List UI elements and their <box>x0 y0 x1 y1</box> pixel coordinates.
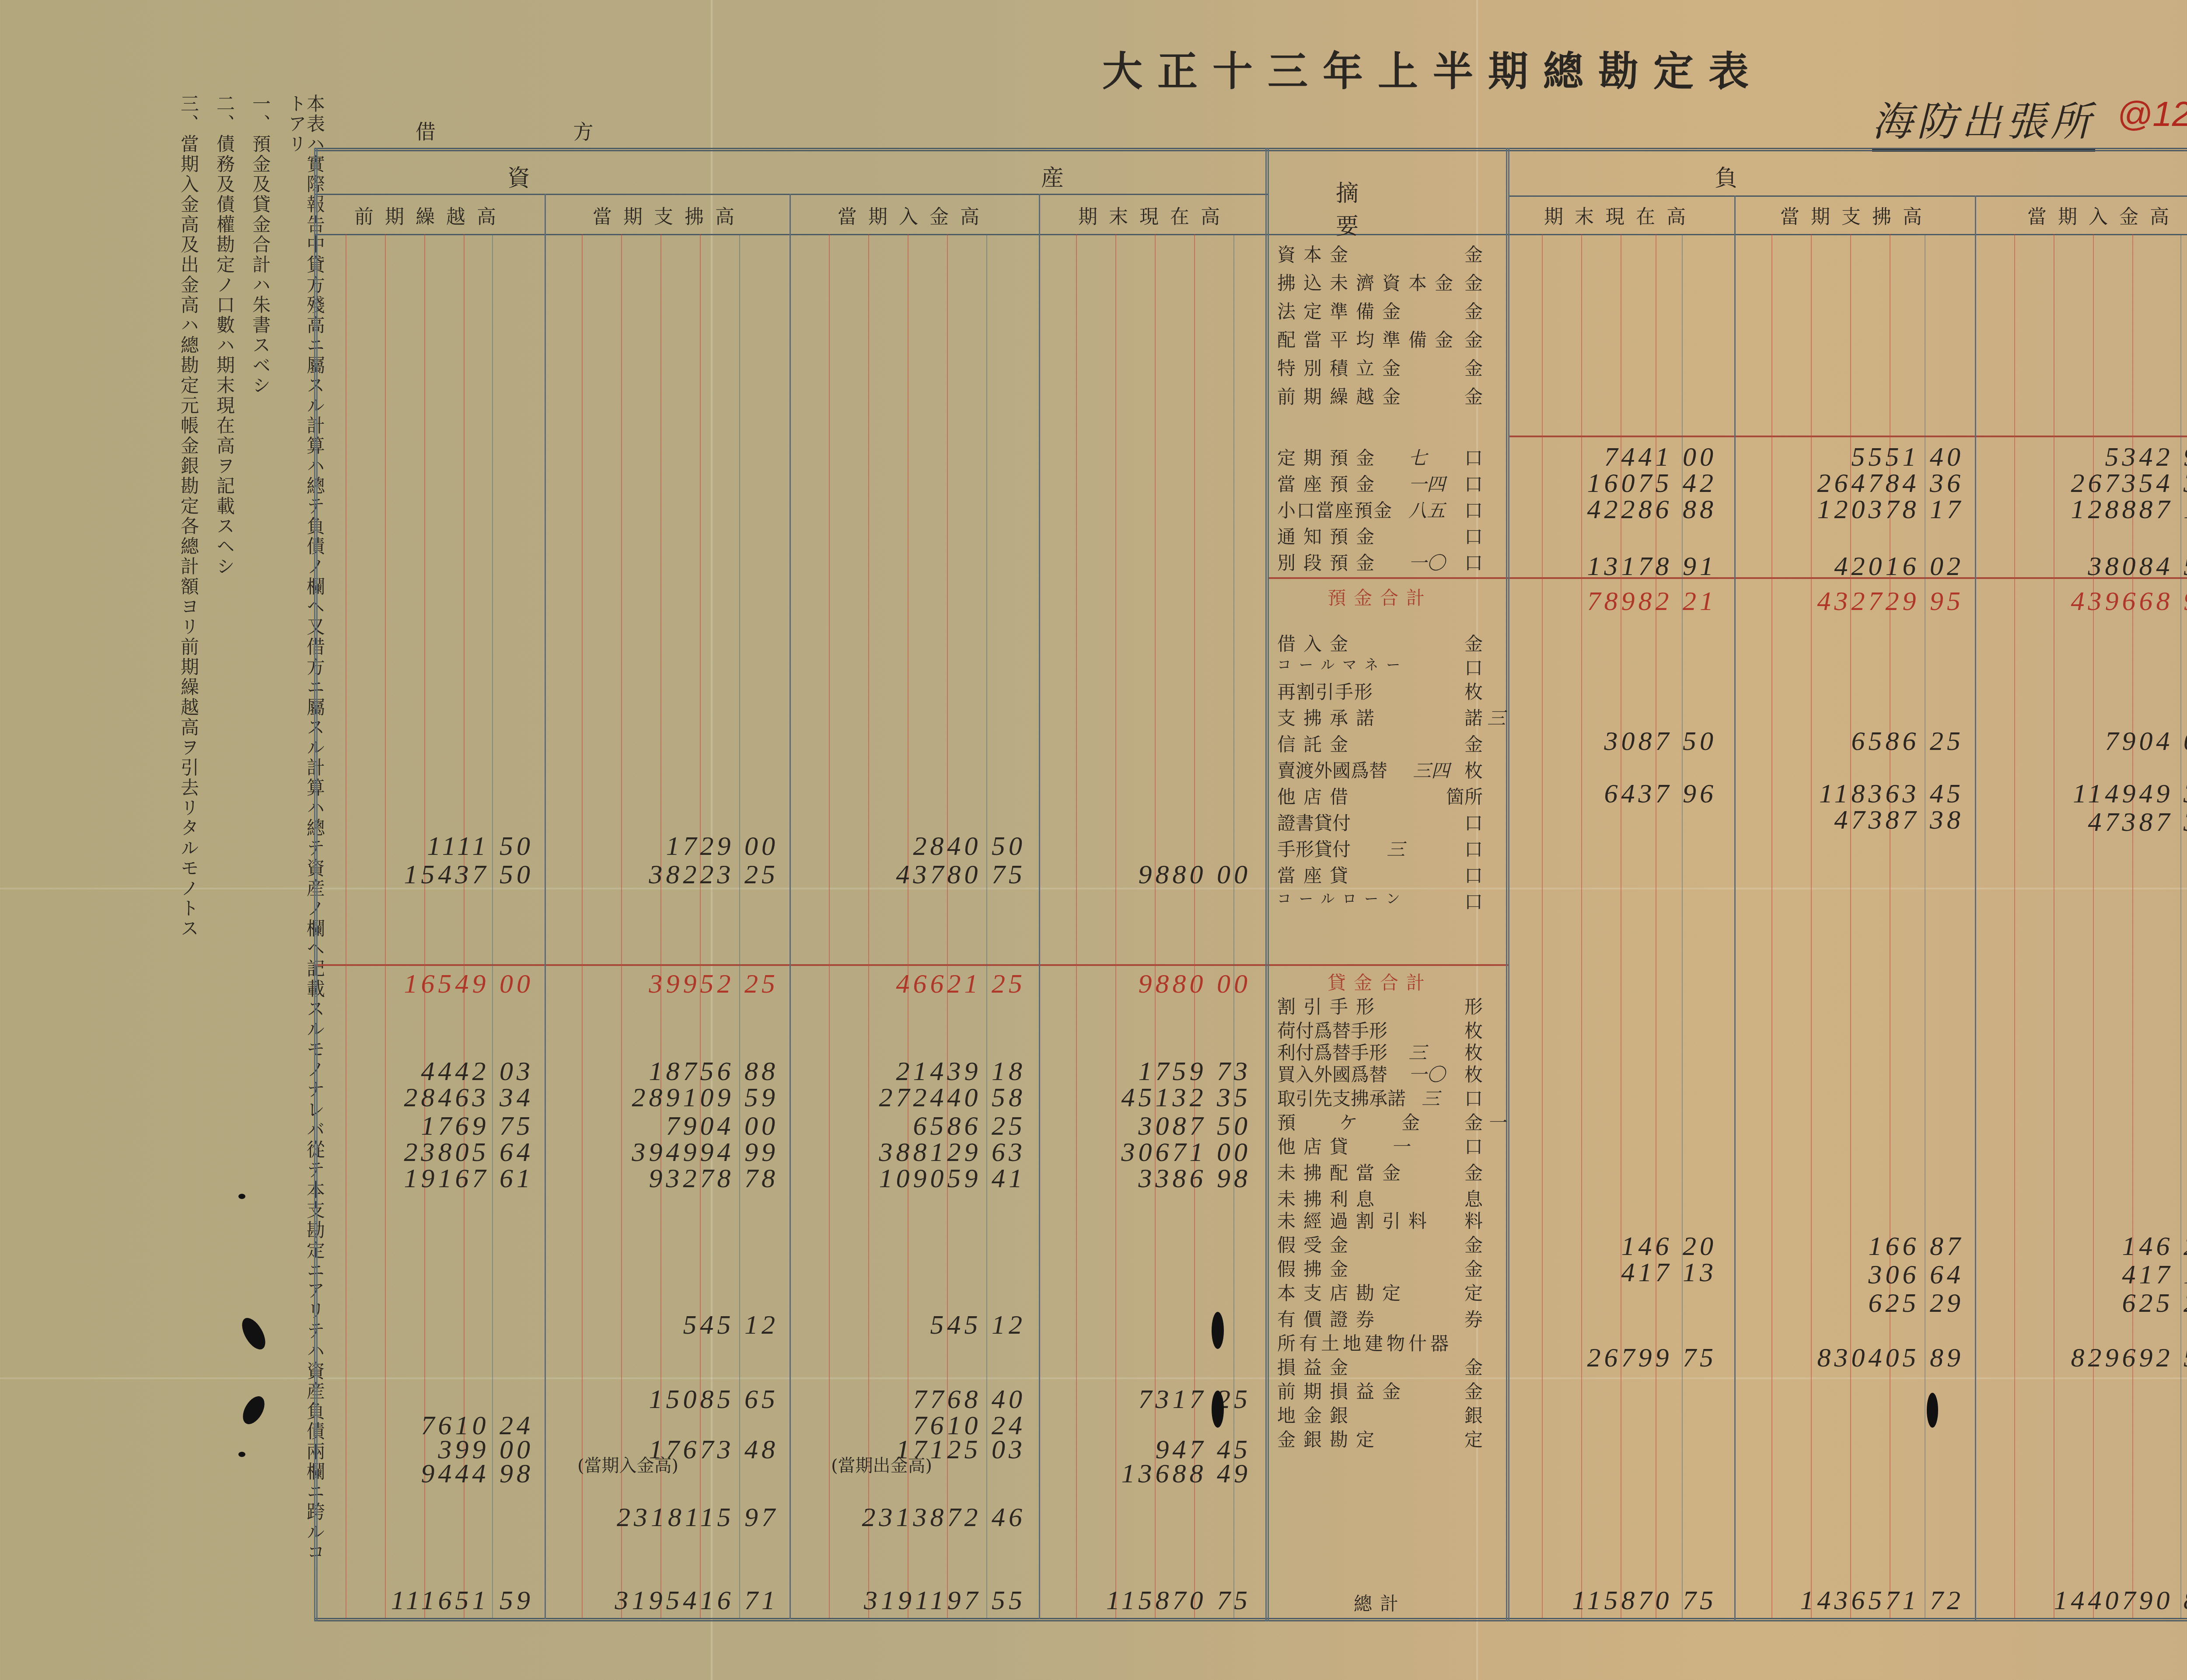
summary-item: 前期損益金金 <box>1277 1377 1483 1404</box>
current-disbursements-label: (當期出金高) <box>831 1452 932 1477</box>
liability-cell: 625 29 <box>1798 1288 1964 1319</box>
liability-cell: 42016 02 <box>1798 551 1964 582</box>
liability-cell: 6586 25 <box>1798 726 1964 757</box>
summary-item: 配當平均準備金金 <box>1277 326 1483 352</box>
liability-cell: 625 29 <box>2051 1288 2187 1319</box>
summary-item: 損益金金 <box>1277 1353 1483 1380</box>
summary-item: 有價證券券 <box>1277 1305 1483 1331</box>
liability-cell: 166 87 <box>1798 1231 1964 1262</box>
summary-item: 賣渡外國爲替三四枚 <box>1277 756 1483 783</box>
asset-cell: 43780 75 <box>859 859 1026 890</box>
branch-name: 海防出張所 <box>1872 90 2095 152</box>
asset-cell: 15437 50 <box>367 859 534 890</box>
liability-grand-total: 1436571 72 <box>1798 1585 1964 1616</box>
liability-deposit-total: 78982 21 <box>1551 586 1717 617</box>
liability-cell: 42286 88 <box>1551 494 1717 525</box>
liability-cell: 830405 89 <box>1798 1342 1964 1373</box>
asset-cell: 272440 58 <box>859 1082 1026 1113</box>
summary-item: 所有土地建物什器 <box>1277 1329 1483 1356</box>
liability-cell: 7904 00 <box>2051 726 2187 757</box>
asset-cell: 9880 00 <box>1085 859 1251 890</box>
summary-item: コールマネー口 <box>1277 654 1483 680</box>
note-1: 一、預金及貸金合計ハ朱書スベシ <box>251 94 269 1581</box>
liability-cell: 47387 38 <box>1798 805 1964 836</box>
summary-item: 取引先支拂承諾三口 <box>1277 1084 1483 1111</box>
ink-blot <box>1212 1391 1224 1428</box>
asset-col-header: 當期入金高 <box>796 201 1032 229</box>
summary-item: 通知預金口 <box>1277 523 1483 549</box>
liability-cell: 47387 38 <box>2051 807 2187 838</box>
summary-item: 支拂承諾三諾 <box>1277 704 1483 730</box>
liability-cell: 6437 96 <box>1551 778 1717 809</box>
asset-grand-total: 111651 59 <box>367 1585 534 1616</box>
note-intro: 本表ハ實際報告中貸方殘高ニ屬スル計算ハ總テ負債ノ欄ヘ又借方ニ屬スル計算ハ總テ資産… <box>287 94 324 1581</box>
summary-item: 資本金金 <box>1277 240 1483 267</box>
summary-item: 證書貸付口 <box>1277 809 1483 835</box>
asset-grand-total: 3195416 71 <box>612 1585 779 1616</box>
asset-cell: 1111 50 <box>367 831 534 862</box>
asset-col-header: 期末現在高 <box>1045 201 1264 229</box>
ink-blot <box>1927 1393 1938 1428</box>
liability-cell: 13178 91 <box>1551 551 1717 582</box>
asset-loan-total: 16549 00 <box>367 969 534 1000</box>
summary-item: 未經過割引料料 <box>1277 1207 1483 1233</box>
liability-deposit-total: 432729 95 <box>1798 586 1964 617</box>
summary-item: コールローン口 <box>1277 888 1483 914</box>
summary-item: 他店借箇所 <box>1277 783 1483 809</box>
summary-item: 小口當座預金八五口 <box>1277 496 1483 523</box>
asset-cell: 545 12 <box>612 1310 779 1341</box>
asset-cell: 289109 59 <box>612 1082 779 1113</box>
summary-item: 手形貸付三口 <box>1277 835 1483 861</box>
liability-cell: 417 13 <box>1551 1257 1717 1288</box>
document-title: 大正十三年上半期總勘定表 <box>1102 39 1764 97</box>
exchange-rate: @123 1/2 <box>2117 94 2187 134</box>
summary-item: 當座貸口 <box>1277 861 1483 888</box>
current-receipts-label: (當期入金高) <box>577 1452 678 1477</box>
asset-cell: 38223 25 <box>612 859 779 890</box>
asset-cell: 28463 34 <box>367 1082 534 1113</box>
asset-cell: 2313872 46 <box>859 1502 1026 1533</box>
summary-item: 割引手形形 <box>1277 993 1483 1019</box>
asset-col-header: 當期支拂高 <box>551 201 787 229</box>
note-3: 三、當期入金高及出金高ハ總勘定元帳金銀勘定各總計額ヨリ前期繰越高ヲ引去リタルモノ… <box>179 94 198 1581</box>
asset-loan-total: 46621 25 <box>859 969 1026 1000</box>
ink-blot <box>1212 1312 1224 1349</box>
summary-item: 假拂金金 <box>1277 1255 1483 1281</box>
loan-total-label: 貸金合計 <box>1277 969 1483 995</box>
asset-loan-total: 39952 25 <box>612 969 779 1000</box>
grand-total-label: 總計 <box>1277 1589 1483 1616</box>
liability-col-header: 期末現在高 <box>1511 201 1730 229</box>
asset-cell: 545 12 <box>859 1310 1026 1341</box>
summary-item: 拂込未濟資本金金 <box>1277 269 1483 295</box>
asset-cell: 93278 78 <box>612 1163 779 1194</box>
asset-cell: 13688 49 <box>1085 1458 1251 1489</box>
liabilities-header-left: 負 <box>1715 160 1737 192</box>
debit-label: 借 方 <box>416 116 659 145</box>
asset-cell: 2318115 97 <box>612 1502 779 1533</box>
ink-dot <box>238 1194 245 1199</box>
asset-col-header: 前期繰越高 <box>321 201 540 229</box>
paper-fold <box>0 1377 2187 1379</box>
summary-item: 借入金金 <box>1277 630 1483 656</box>
summary-item: 地金銀銀 <box>1277 1401 1483 1428</box>
summary-item: 他店貸一口 <box>1277 1133 1483 1159</box>
liability-cell: 120378 17 <box>1798 494 1964 525</box>
liability-cell: 128887 15 <box>2051 494 2187 525</box>
liability-col-header: 當期支拂高 <box>1741 201 1973 229</box>
note-2: 二、債務及債權勘定ノ口數ハ期末現在高ヲ記載スヘシ <box>215 94 234 1581</box>
asset-cell: 3386 98 <box>1085 1163 1251 1194</box>
liability-cell: 26799 75 <box>1551 1342 1717 1373</box>
asset-grand-total: 115870 75 <box>1085 1585 1251 1616</box>
asset-cell: 15085 65 <box>612 1384 779 1415</box>
summary-item: 本支店勘定定 <box>1277 1279 1483 1305</box>
liability-cell: 114949 36 <box>2051 778 2187 809</box>
liability-cell: 38084 54 <box>2051 551 2187 582</box>
assets-header-left: 資 <box>507 160 530 192</box>
asset-cell: 45132 35 <box>1085 1082 1251 1113</box>
asset-cell: 7317 25 <box>1085 1384 1251 1415</box>
asset-loan-total: 9880 00 <box>1085 969 1251 1000</box>
assets-header-right: 産 <box>1041 160 1064 192</box>
liability-grand-total: 1440790 88 <box>2051 1585 2187 1616</box>
liability-cell: 417 13 <box>2051 1259 2187 1290</box>
summary-item: 法定準備金金 <box>1277 297 1483 324</box>
liability-col-header: 當期入金高 <box>1981 201 2187 229</box>
summary-item: 定期預金七口 <box>1277 444 1483 470</box>
summary-item: 買入外國爲替一〇枚 <box>1277 1060 1483 1087</box>
summary-item: 未拂配當金金 <box>1277 1159 1483 1185</box>
asset-cell: 109059 41 <box>859 1163 1026 1194</box>
summary-item: 當座預金一四口 <box>1277 470 1483 496</box>
asset-grand-total: 3191197 55 <box>859 1585 1026 1616</box>
ink-dot <box>238 1452 245 1457</box>
liability-cell: 306 64 <box>1798 1259 1964 1290</box>
liability-deposit-total: 439668 97 <box>2051 586 2187 617</box>
deposit-total-label: 預金合計 <box>1277 584 1483 610</box>
liability-cell: 829692 55 <box>2051 1342 2187 1373</box>
summary-item: 金銀勘定定 <box>1277 1426 1483 1452</box>
summary-item: 前期繰越金金 <box>1277 383 1483 409</box>
liability-grand-total: 115870 75 <box>1551 1585 1717 1616</box>
summary-item: 假受金金 <box>1277 1231 1483 1257</box>
instruction-notes: 本表ハ實際報告中貸方殘高ニ屬スル計算ハ總テ負債ノ欄ヘ又借方ニ屬スル計算ハ總テ資産… <box>179 94 324 1581</box>
asset-cell: 2840 50 <box>859 831 1026 862</box>
liability-cell: 3087 50 <box>1551 726 1717 757</box>
summary-item: 信託金金 <box>1277 730 1483 756</box>
summary-header: 摘 要 <box>1290 175 1483 240</box>
summary-item: 再割引手形枚 <box>1277 678 1483 704</box>
liability-cell: 146 20 <box>2051 1231 2187 1262</box>
summary-item: 別段預金一〇口 <box>1277 549 1483 575</box>
asset-cell: 1729 00 <box>612 831 779 862</box>
summary-item: 特別積立金金 <box>1277 354 1483 380</box>
asset-cell: 9444 98 <box>367 1458 534 1489</box>
asset-cell: 19167 61 <box>367 1163 534 1194</box>
summary-item: 預ケ金一金 <box>1277 1108 1483 1135</box>
